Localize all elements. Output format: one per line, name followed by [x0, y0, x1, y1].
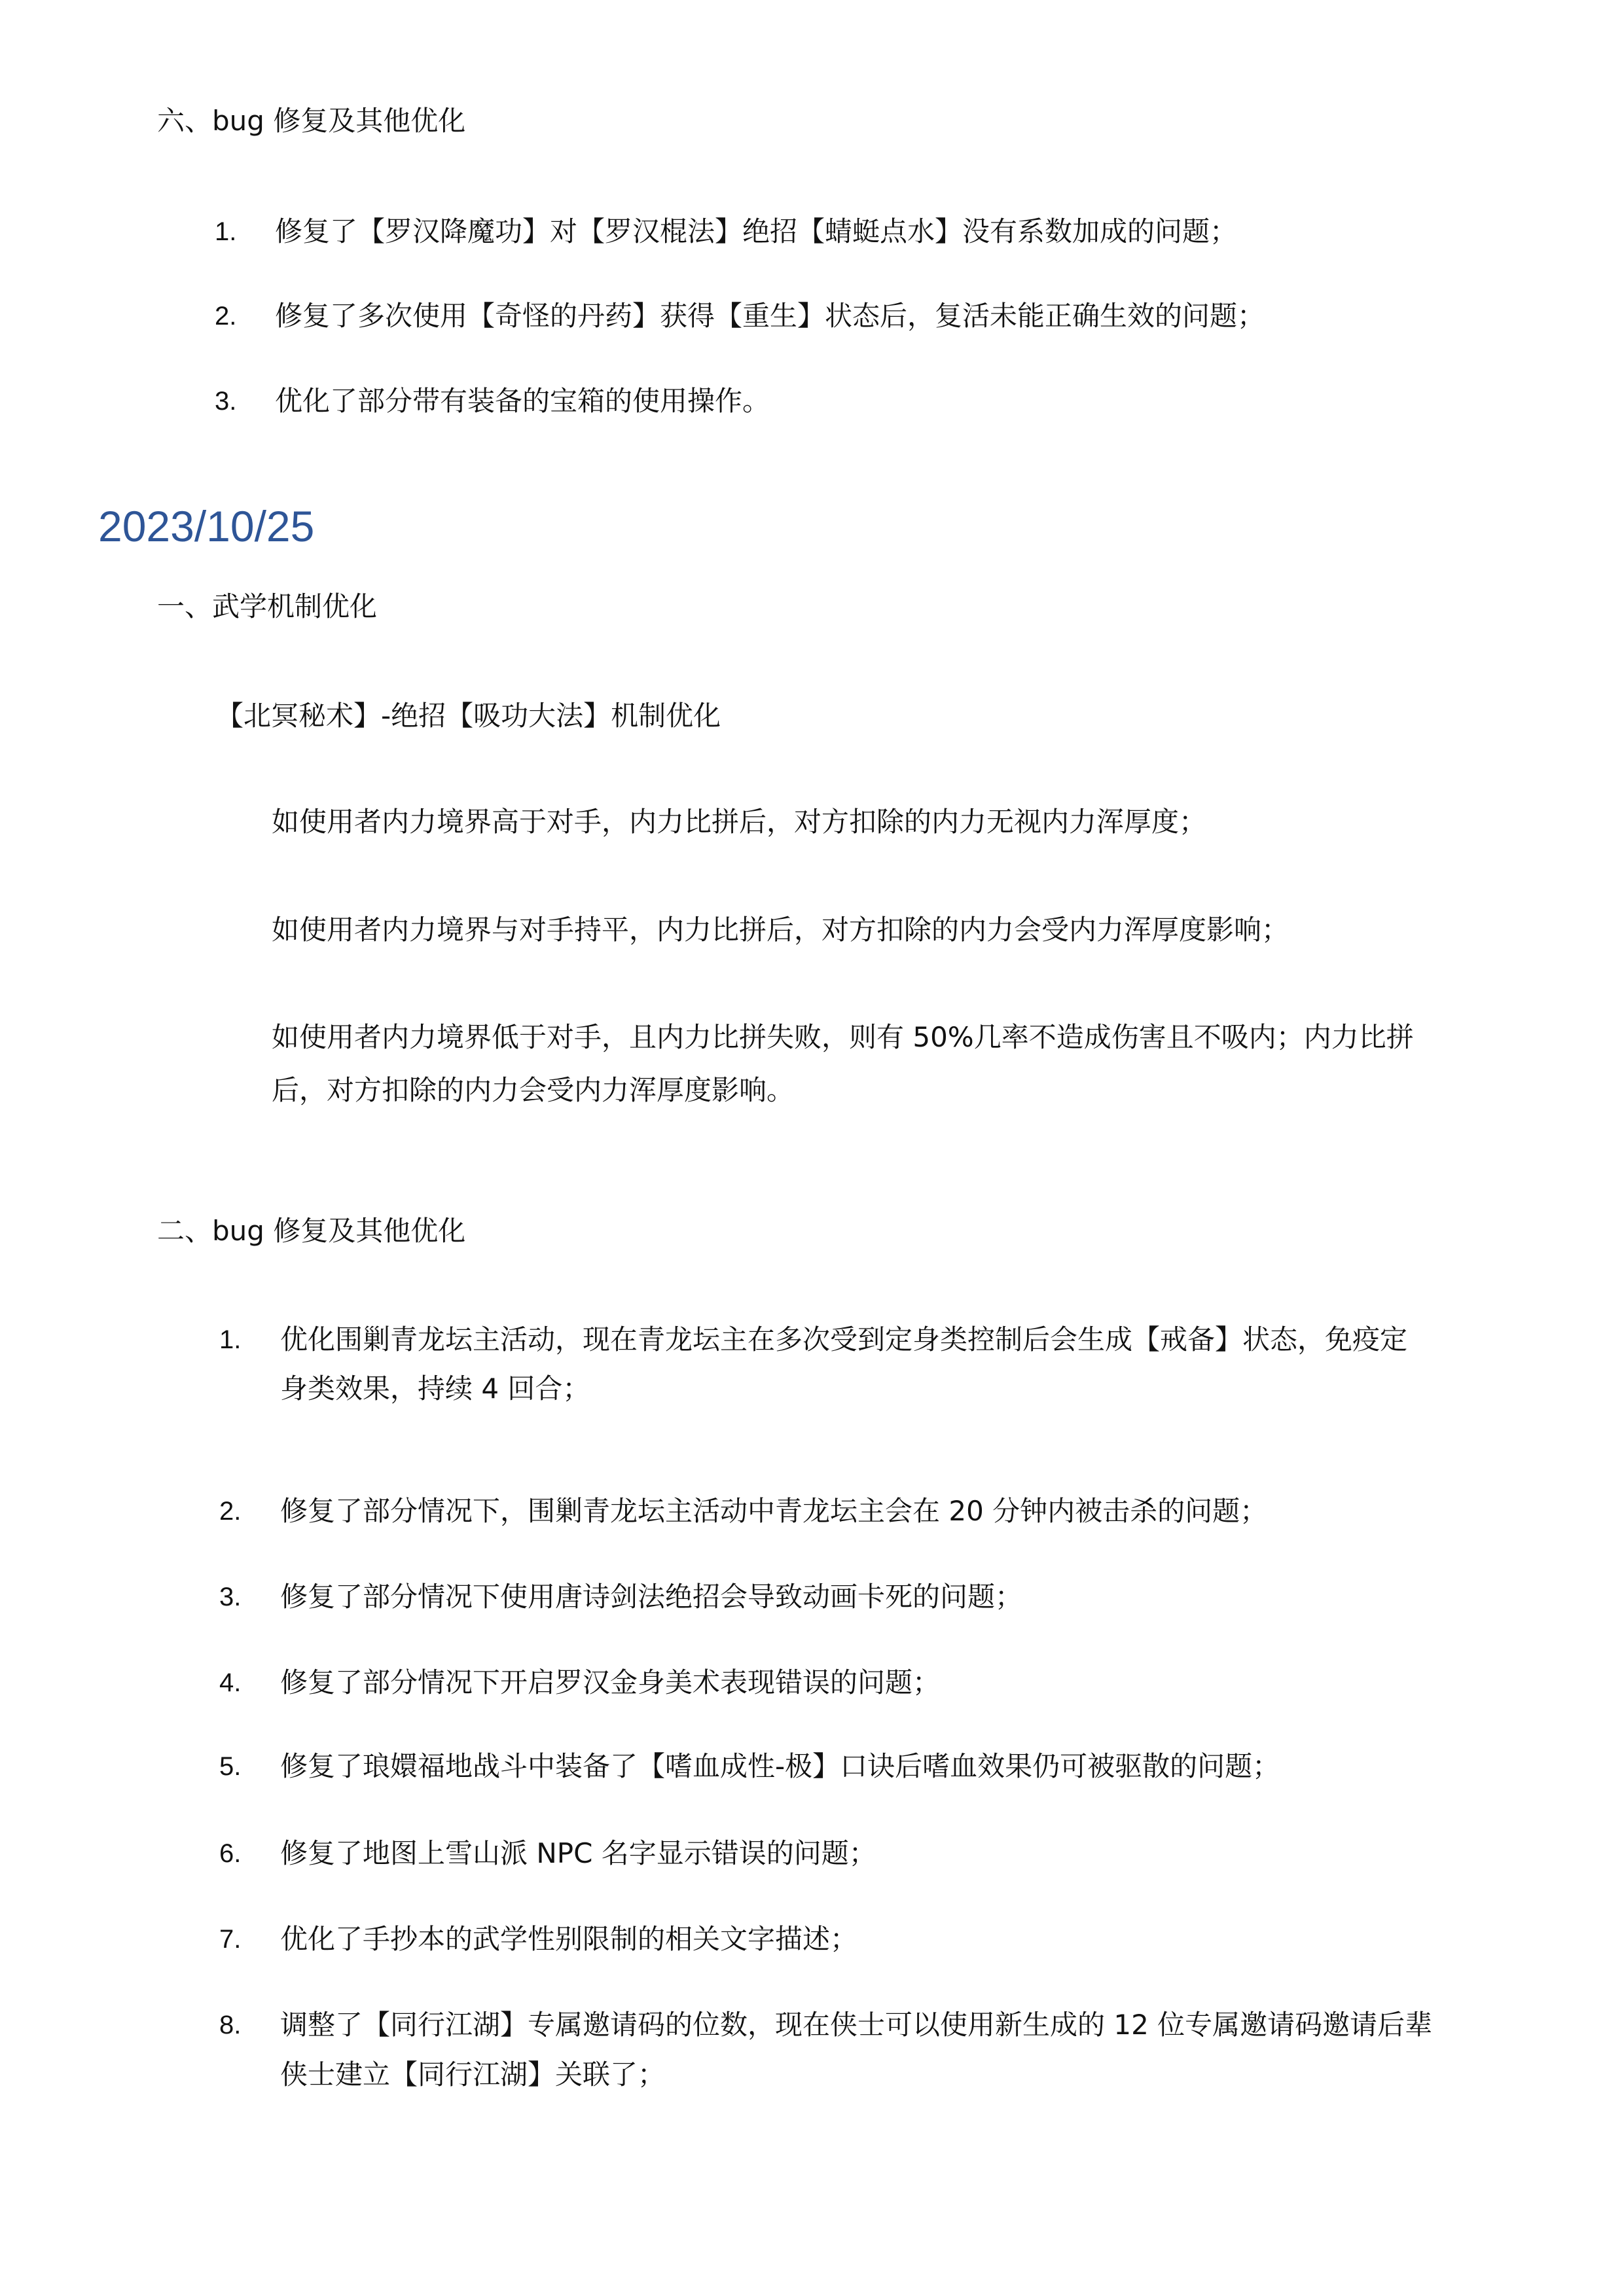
list-item-text: 侠士建立【同行江湖】关联了；: [280, 2058, 665, 2091]
document-page: 六、bug 修复及其他优化 1. 修复了【罗汉降魔功】对【罗汉棍法】绝招【蜻蜓点…: [0, 0, 1624, 2296]
list-item-text: 修复了【罗汉降魔功】对【罗汉棍法】绝招【蜻蜓点水】没有系数加成的问题；: [275, 215, 1237, 248]
list-item-number: 7.: [219, 1923, 241, 1956]
paragraph: 如使用者内力境界与对手持平，内力比拼后，对方扣除的内力会受内力浑厚度影响；: [272, 914, 1289, 946]
list-item-text: 优化了手抄本的武学性别限制的相关文字描述；: [280, 1923, 857, 1956]
list-item-number: 8.: [219, 2009, 241, 2041]
section-heading-martial-mechanics: 一、武学机制优化: [157, 590, 377, 623]
list-item-text: 优化了部分带有装备的宝箱的使用操作。: [275, 385, 770, 418]
skill-subheading: 【北冥秘术】-绝招【吸功大法】机制优化: [216, 700, 721, 732]
section-heading-bugfix: 二、bug 修复及其他优化: [157, 1215, 465, 1247]
list-item-text: 修复了地图上雪山派 NPC 名字显示错误的问题；: [280, 1837, 876, 1870]
list-item-number: 3.: [215, 385, 236, 418]
list-item-number: 2.: [219, 1495, 241, 1528]
list-item-number: 1.: [219, 1323, 241, 1356]
paragraph-line: 如使用者内力境界低于对手，且内力比拼失败，则有 50%几率不造成伤害且不吸内；内…: [272, 1021, 1414, 1054]
list-item-text: 优化围剿青龙坛主活动，现在青龙坛主在多次受到定身类控制后会生成【戒备】状态，免疫…: [280, 1323, 1407, 1356]
release-date-heading: 2023/10/25: [98, 501, 314, 551]
paragraph-line: 后，对方扣除的内力会受内力浑厚度影响。: [272, 1074, 794, 1107]
paragraph: 如使用者内力境界高于对手，内力比拼后，对方扣除的内力无视内力浑厚度；: [272, 806, 1206, 838]
list-item-number: 5.: [219, 1750, 241, 1783]
list-item-text: 修复了多次使用【奇怪的丹药】获得【重生】状态后，复活未能正确生效的问题；: [275, 300, 1265, 332]
list-item-number: 1.: [215, 215, 236, 248]
list-item-text: 调整了【同行江湖】专属邀请码的位数，现在侠士可以使用新生成的 12 位专属邀请码…: [280, 2009, 1432, 2041]
list-item-number: 4.: [219, 1666, 241, 1699]
list-item-text: 修复了部分情况下开启罗汉金身美术表现错误的问题；: [280, 1666, 940, 1699]
list-item-text: 身类效果，持续 4 回合；: [280, 1372, 590, 1405]
list-item-text: 修复了琅嬛福地战斗中装备了【嗜血成性-极】口诀后嗜血效果仍可被驱散的问题；: [280, 1750, 1280, 1783]
section-heading-bugfix-prev: 六、bug 修复及其他优化: [157, 105, 465, 137]
list-item-number: 6.: [219, 1837, 241, 1870]
list-item-text: 修复了部分情况下，围剿青龙坛主活动中青龙坛主会在 20 分钟内被击杀的问题；: [280, 1495, 1267, 1528]
list-item-number: 3.: [219, 1581, 241, 1613]
list-item-number: 2.: [215, 300, 236, 332]
list-item-text: 修复了部分情况下使用唐诗剑法绝招会导致动画卡死的问题；: [280, 1581, 1022, 1613]
